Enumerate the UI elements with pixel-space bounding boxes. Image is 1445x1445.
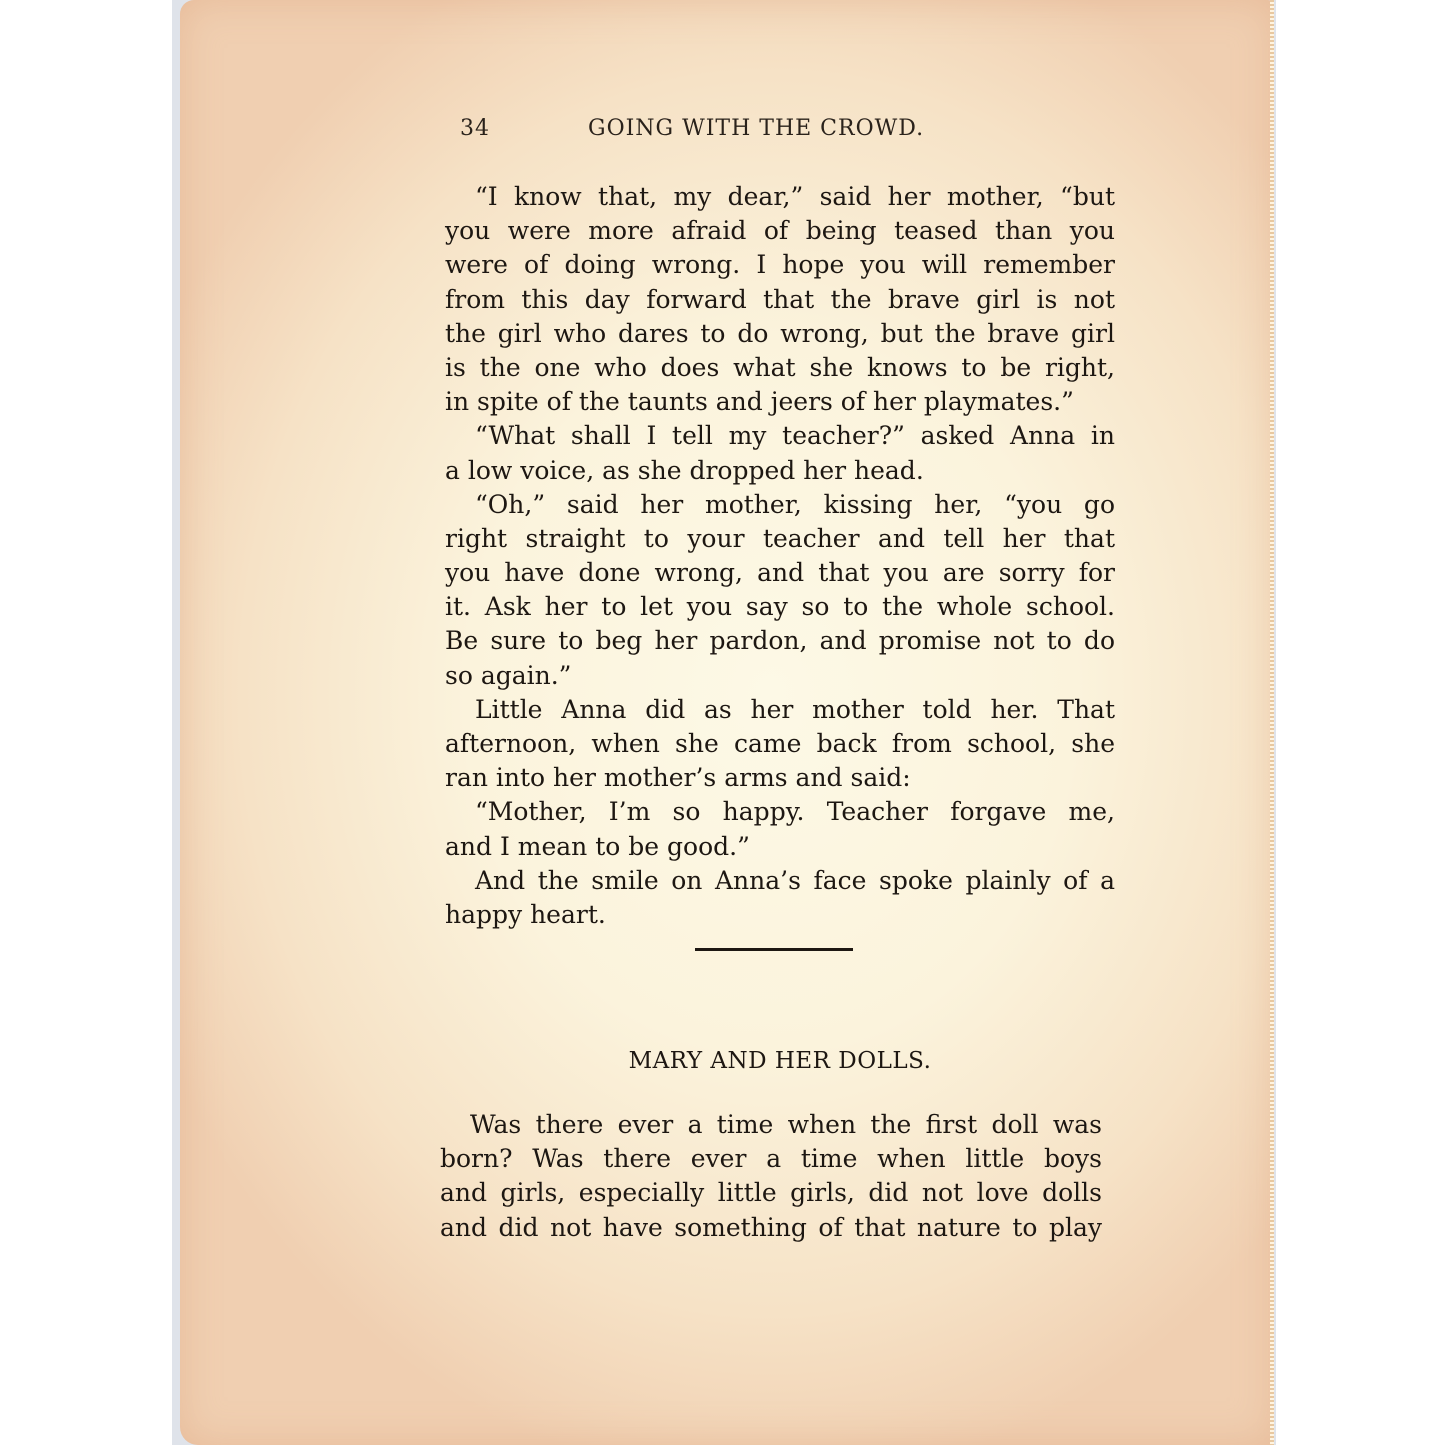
text-line: it. Ask her to let you say so to the who… bbox=[445, 590, 1115, 624]
text-line: “Oh,” said her mother, kissing her, “you… bbox=[445, 488, 1115, 522]
section-title: MARY AND HER DOLLS. bbox=[445, 1048, 1115, 1074]
text-line: happy heart. bbox=[445, 898, 1115, 932]
text-line: afternoon, when she came back from schoo… bbox=[445, 727, 1115, 761]
text-line: and I mean to be good.” bbox=[445, 830, 1115, 864]
text-line: you have done wrong, and that you are so… bbox=[445, 556, 1115, 590]
text-line: “What shall I tell my teacher?” asked An… bbox=[445, 419, 1115, 453]
text-line: Was there ever a time when the first dol… bbox=[440, 1108, 1102, 1142]
page-number: 34 bbox=[460, 116, 490, 141]
text-line: “I know that, my dear,” said her mother,… bbox=[445, 180, 1115, 214]
text-line: the girl who dares to do wrong, but the … bbox=[445, 317, 1115, 351]
story-going-with-the-crowd: “I know that, my dear,” said her mother,… bbox=[445, 180, 1115, 932]
text-line: so again.” bbox=[445, 659, 1115, 693]
text-line: Be sure to beg her pardon, and promise n… bbox=[445, 624, 1115, 658]
text-line: is the one who does what she knows to be… bbox=[445, 351, 1115, 385]
text-line: in spite of the taunts and jeers of her … bbox=[445, 385, 1115, 419]
text-line: from this day forward that the brave gir… bbox=[445, 283, 1115, 317]
text-line: a low voice, as she dropped her head. bbox=[445, 454, 1115, 488]
text-line: and did not have something of that natur… bbox=[440, 1211, 1102, 1245]
section-divider-rule bbox=[695, 948, 853, 951]
text-line: right straight to your teacher and tell … bbox=[445, 522, 1115, 556]
running-head: 34 GOING WITH THE CROWD. bbox=[460, 116, 990, 152]
text-line: were of doing wrong. I hope you will rem… bbox=[445, 248, 1115, 282]
text-line: you were more afraid of being teased tha… bbox=[445, 214, 1115, 248]
text-line: “Mother, I’m so happy. Teacher forgave m… bbox=[445, 795, 1115, 829]
story-mary-and-her-dolls: Was there ever a time when the first dol… bbox=[440, 1108, 1102, 1245]
running-title: GOING WITH THE CROWD. bbox=[588, 116, 924, 141]
text-line: and girls, especially little girls, did … bbox=[440, 1176, 1102, 1210]
text-line: born? Was there ever a time when little … bbox=[440, 1142, 1102, 1176]
text-line: Little Anna did as her mother told her. … bbox=[445, 693, 1115, 727]
text-line: ran into her mother’s arms and said: bbox=[445, 761, 1115, 795]
text-line: And the smile on Anna’s face spoke plain… bbox=[445, 864, 1115, 898]
